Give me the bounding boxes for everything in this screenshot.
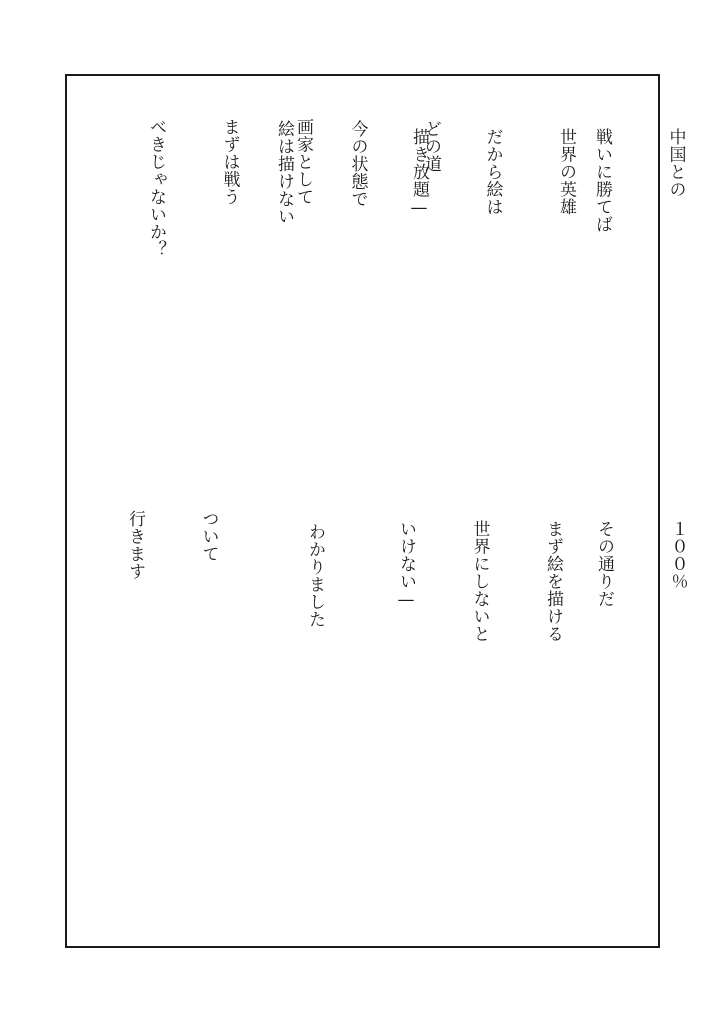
speech-line: まず絵を描ける bbox=[541, 520, 566, 643]
speech-line: まずは戦う bbox=[217, 118, 242, 258]
speech-text-6: まず絵を描ける 世界にしないと いけない— bbox=[369, 520, 614, 643]
speech-line: 行きます bbox=[123, 510, 148, 580]
speech-line: べきじゃないか？ bbox=[144, 118, 169, 258]
speech-line: １００％ bbox=[665, 520, 690, 608]
speech-text-4: 画家として まずは戦う べきじゃないか？ bbox=[119, 118, 364, 258]
speech-line: ついて bbox=[196, 510, 221, 580]
speech-line: いけない— bbox=[394, 520, 419, 643]
speech-line: 世界にしないと bbox=[467, 520, 492, 643]
speech-text-7: わかりました bbox=[278, 523, 376, 628]
speech-line: どの道 bbox=[419, 120, 444, 225]
speech-line: 中国との bbox=[663, 128, 688, 233]
speech-line: 世界の英雄 bbox=[554, 128, 579, 219]
speech-line: わかりました bbox=[303, 523, 328, 628]
speech-text-8: ついて 行きます bbox=[98, 510, 270, 580]
speech-line: 画家として bbox=[291, 118, 316, 258]
